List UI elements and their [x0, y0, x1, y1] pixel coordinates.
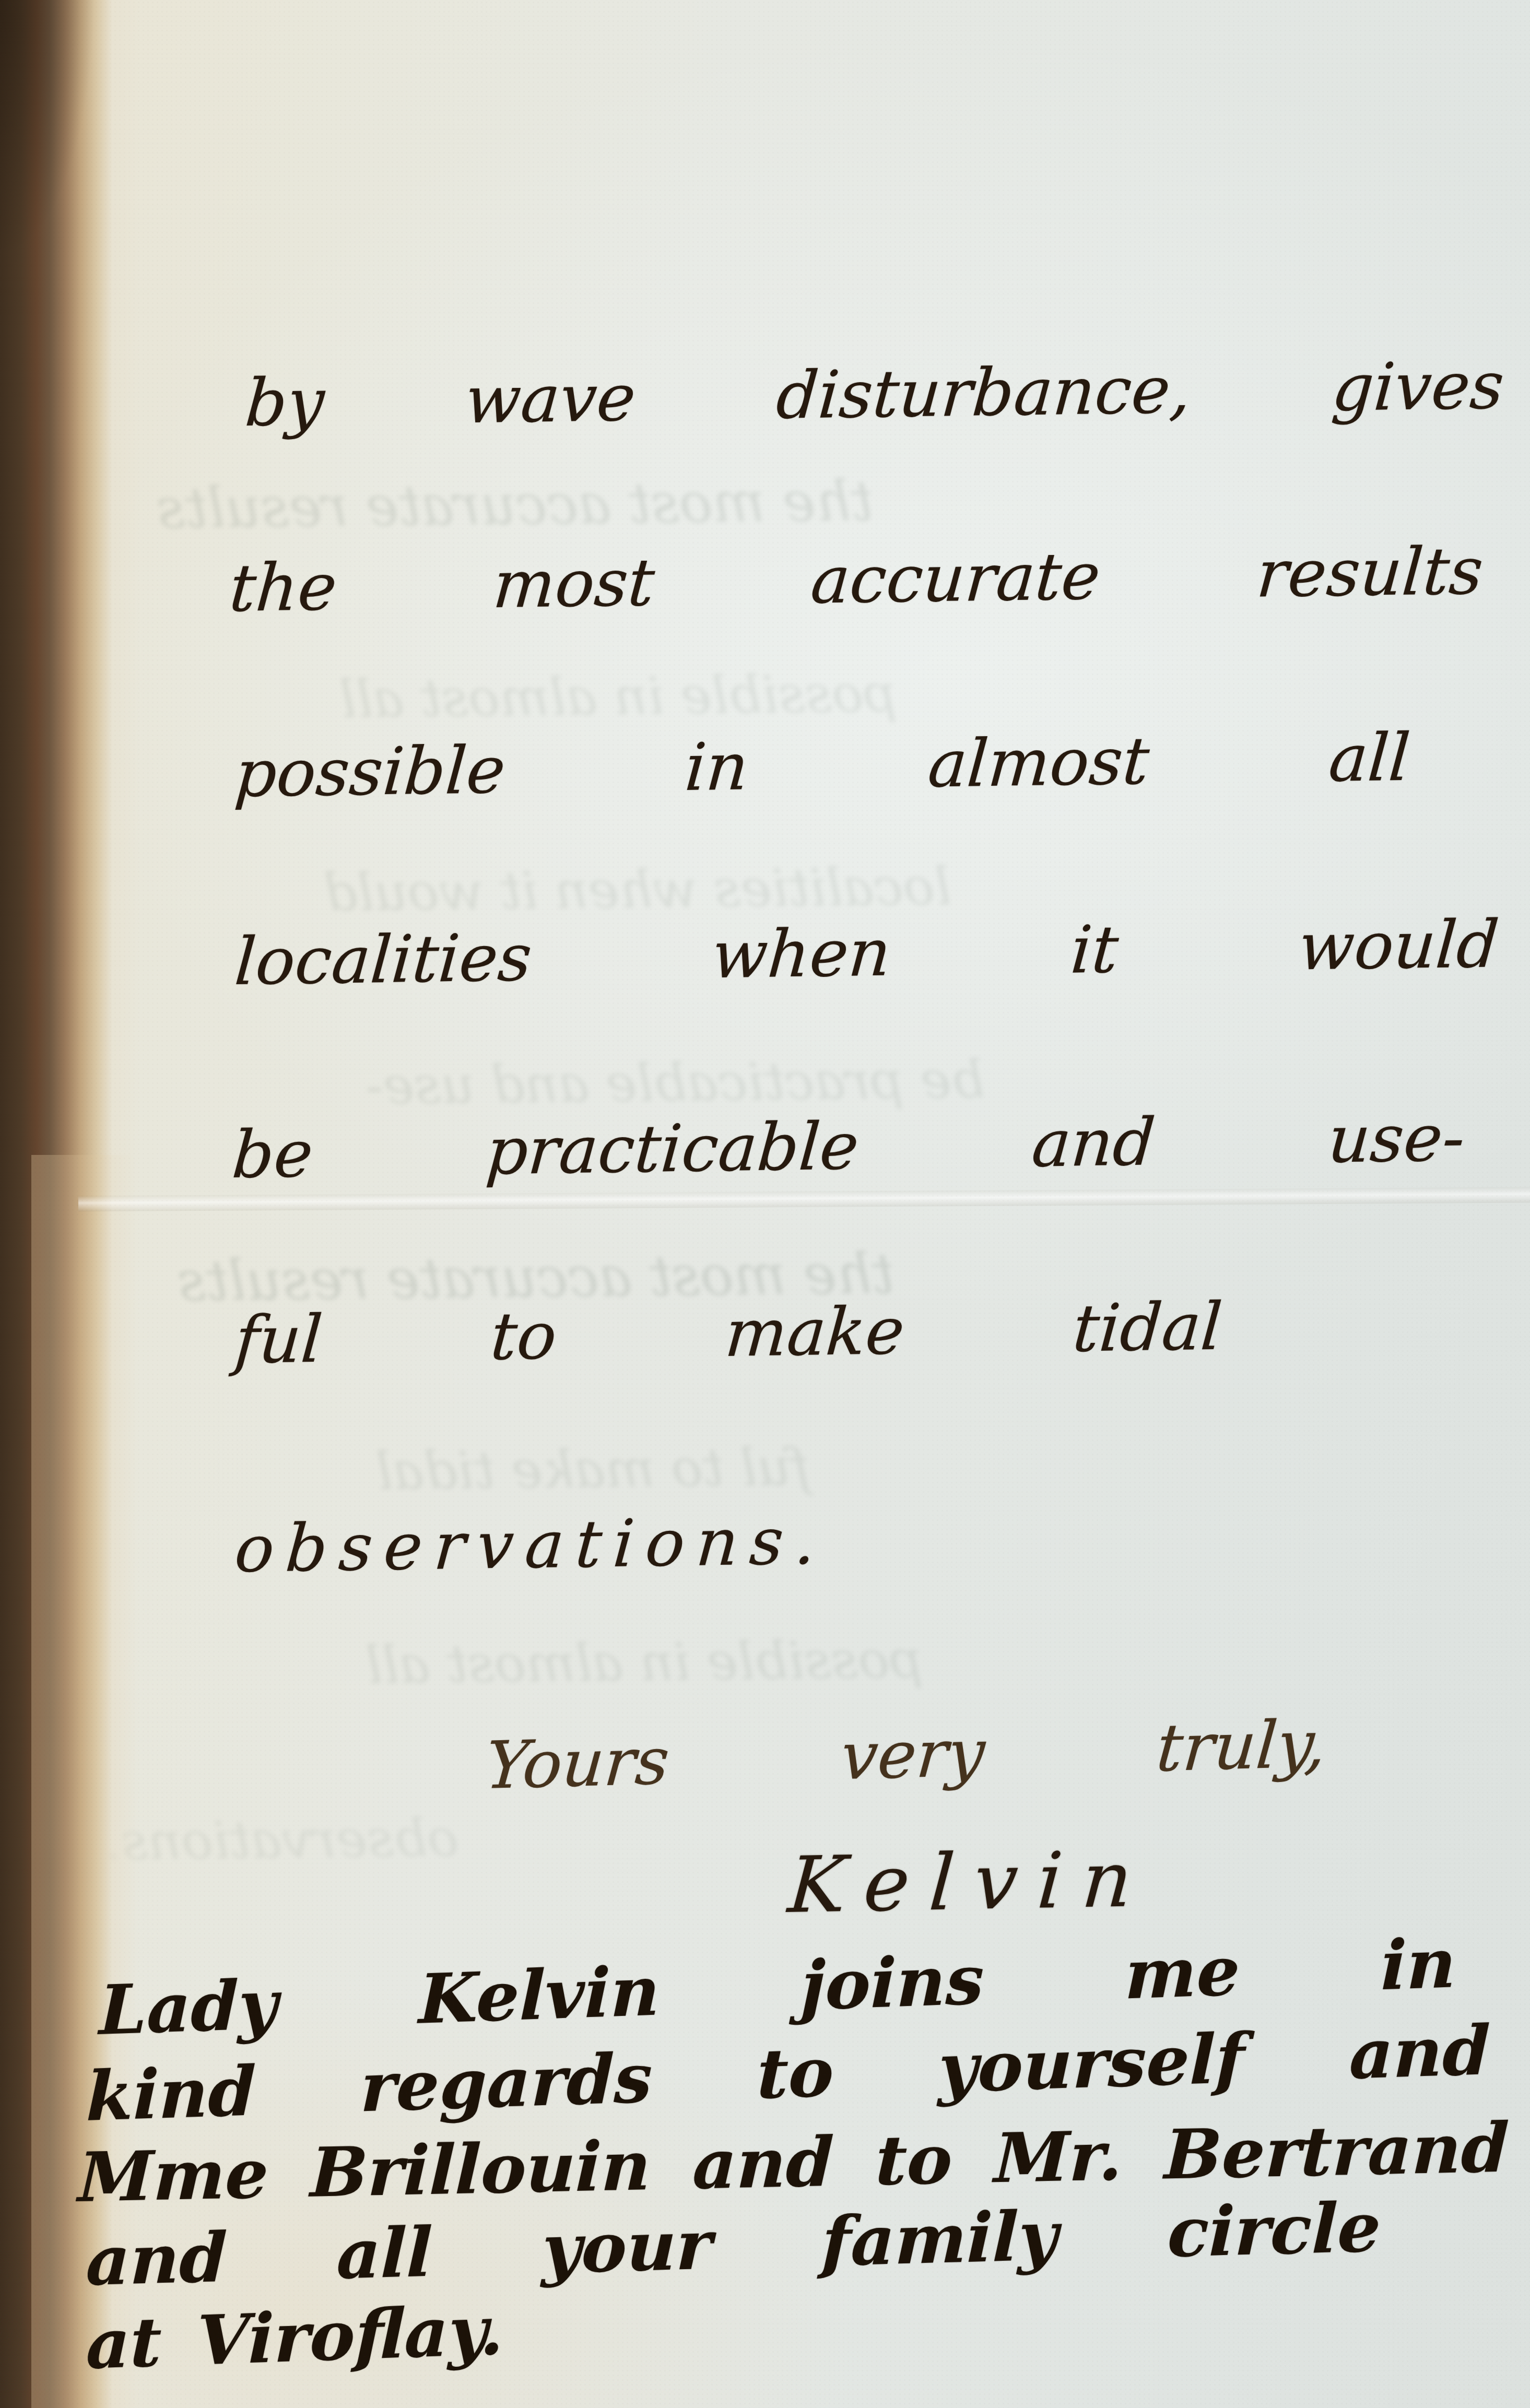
letter-line-3: possibleinalmostall [232, 717, 1413, 815]
letter-line-4: localitieswhenitwould [232, 904, 1501, 1003]
bleed-through-line: possible in almost all [339, 663, 897, 729]
letter-line-6: fultomaketidal [232, 1286, 1225, 1382]
bleed-through-line: ful to make tidal [375, 1436, 810, 1502]
bleed-through-line: observations. [104, 1807, 459, 1872]
letter-line-7: observations. [232, 1501, 830, 1590]
letter-line-1: bywavedisturbance,gives [242, 345, 1507, 444]
letter-page: the most accurate results possible in al… [0, 0, 1530, 2408]
letter-line-2: themostaccurateresults [227, 530, 1486, 630]
closing-line: Yoursverytruly, [482, 1704, 1329, 1808]
bleed-through-line: possible in almost all [365, 1628, 923, 1695]
bleed-through-line: the most accurate results [156, 469, 874, 540]
signature-kelvin: Kelvin [785, 1834, 1155, 1930]
letter-line-5: bepracticableanduse- [229, 1097, 1467, 1196]
postscript-line-5: atViroflay. [86, 2288, 504, 2388]
